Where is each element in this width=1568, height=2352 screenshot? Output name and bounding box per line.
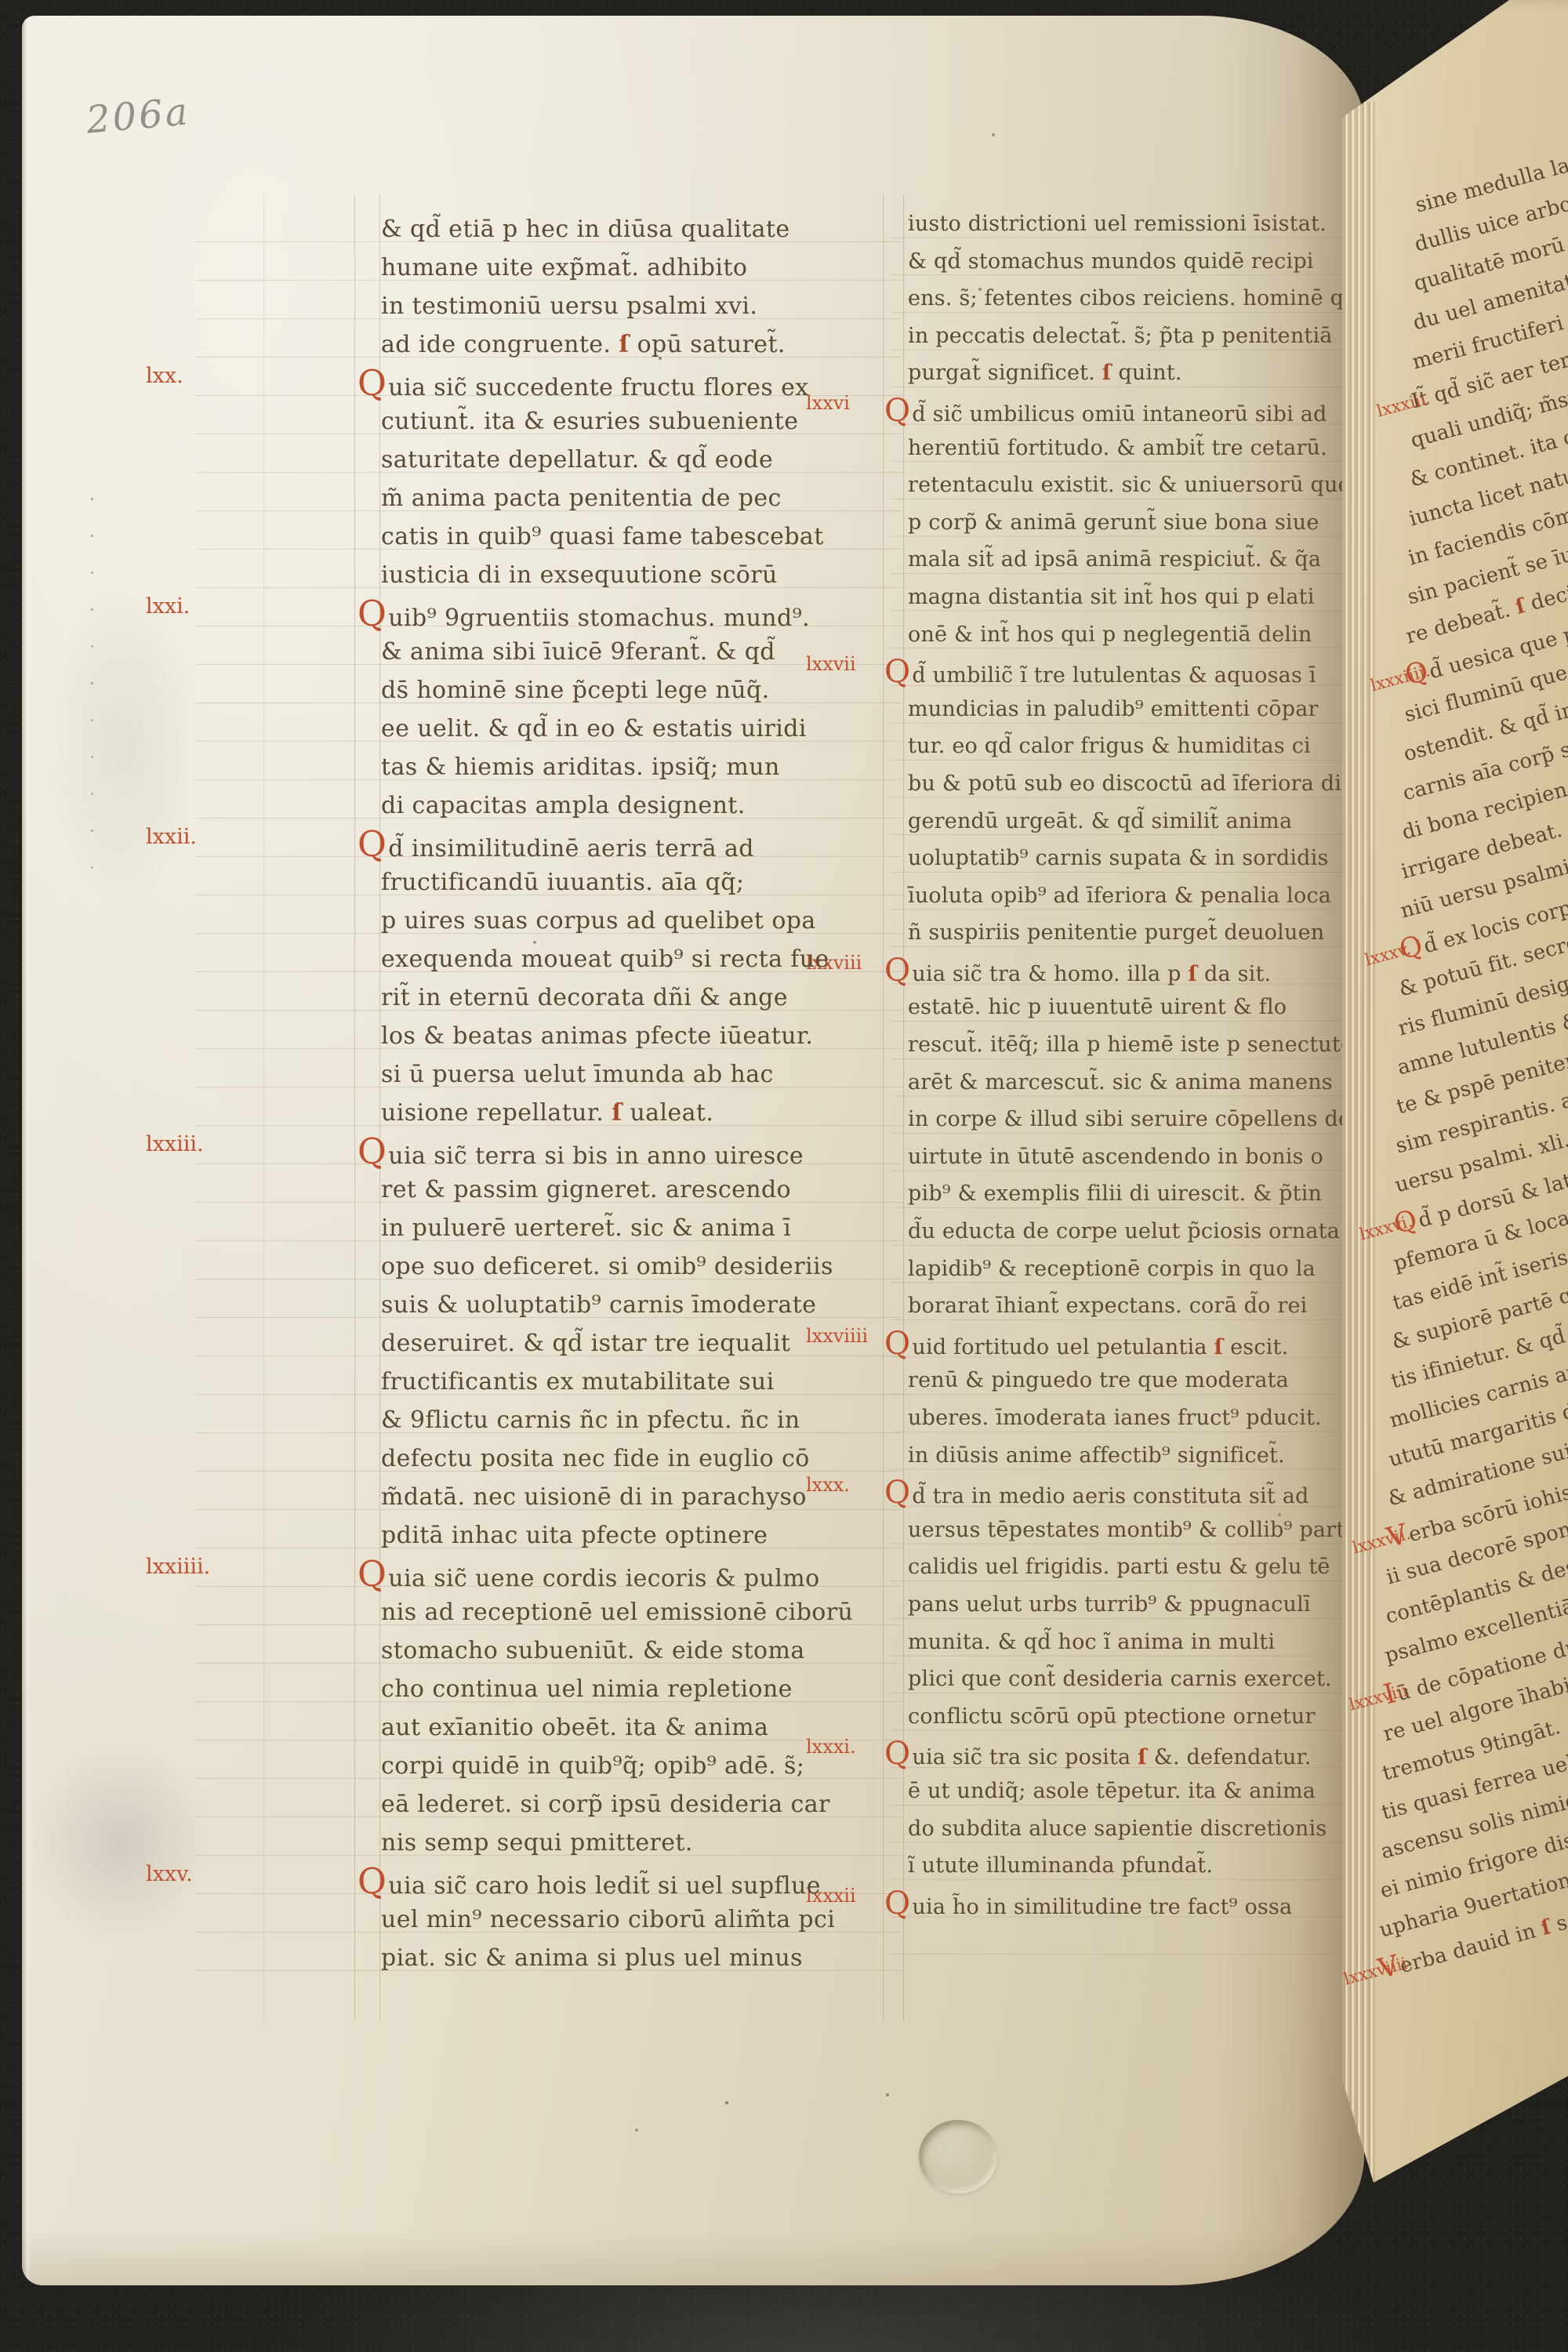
- chapter-numeral: lxxii.: [146, 825, 197, 849]
- text-line: exequenda moueat quib⁹ si recta fue: [381, 940, 889, 978]
- page-left-edge: [22, 16, 31, 2285]
- text-segment: cho continua uel nimia repletione: [381, 1675, 793, 1703]
- text-line: Quia sic̃ succedente fructu flores ex: [381, 364, 889, 402]
- text-segment: uia sic̃ caro hois ledit̃ si uel supflue: [388, 1872, 821, 1900]
- text-segment: uia sic̃ uene cordis iecoris & pulmo: [388, 1565, 819, 1592]
- text-segment: tas & hiemis ariditas. ipsiq̃; mun: [381, 753, 780, 781]
- paragraph-mark: ſ: [619, 331, 629, 358]
- text-segment: ĩ utute illuminanda pfundat̃.: [908, 1853, 1213, 1878]
- text-segment: ualeat.: [622, 1099, 714, 1127]
- margin-smudge: [45, 576, 202, 906]
- text-segment: los & beatas animas pfecte iūeatur.: [381, 1022, 813, 1050]
- manuscript-left-page: 206a lxx.lxxi.lxxii.lxxiii.lxxiiii.lxxv.…: [22, 16, 1364, 2285]
- text-line: m̃ anima pacta penitentia de pec: [381, 479, 889, 517]
- text-segment: iusticia di in exsequutione scōrū: [381, 561, 778, 589]
- paragraph-mark: ſ: [1138, 1745, 1147, 1769]
- text-line: uel min⁹ necessario ciborū alim̃ta pci: [381, 1900, 889, 1939]
- text-line: Quia sic̃ terra si bis in anno uiresce: [381, 1132, 889, 1171]
- text-line: saturitate depellatur. & qd̃ eode: [381, 441, 889, 479]
- text-segment: deseruiret. & qd̃ istar tre iequalit: [381, 1330, 790, 1357]
- text-segment: exequenda moueat quib⁹ si recta fue: [381, 946, 829, 973]
- text-segment: si ū puersa uelut īmunda ab hac: [381, 1061, 774, 1088]
- vertical-ruling: [379, 194, 380, 2021]
- text-segment: uia sic̃ tra & homo. illa p: [912, 962, 1188, 986]
- text-segment: corpi quidē in quib⁹q̃; opib⁹ adē. s̃;: [381, 1752, 804, 1780]
- rubric-initial: Q: [358, 1131, 387, 1172]
- text-segment: uid fortitudo uel petulantia: [912, 1335, 1214, 1359]
- text-line: in puluerē uerteret̃. sic & anima ī: [381, 1209, 889, 1247]
- text-segment: eā lederet. si corp̃ ipsū desideria car: [381, 1791, 830, 1818]
- text-segment: uia sic̃ terra si bis in anno uiresce: [388, 1142, 804, 1170]
- text-line: defectu posita nec fide in euglio cō: [381, 1439, 889, 1478]
- text-line: & 9flictu carnis ñc in pfectu. ñc in: [381, 1401, 889, 1439]
- text-segment: aut exīanitio obeēt. ita & anima: [381, 1714, 768, 1741]
- text-segment: pditā inhac uita pfecte optinere: [381, 1522, 768, 1549]
- chapter-numeral: lxxiiii.: [146, 1555, 210, 1579]
- text-line: pditā inhac uita pfecte optinere: [381, 1516, 889, 1555]
- text-segment: uisione repellatur.: [381, 1099, 612, 1127]
- text-segment: fructificantis ex mutabilitate sui: [381, 1368, 775, 1396]
- text-line: p uires suas corpus ad quelibet opa: [381, 902, 889, 940]
- text-segment: uib⁹ 9gruentiis stomachus. mund⁹.: [388, 604, 810, 632]
- rubric-initial: Q: [358, 1860, 387, 1902]
- text-segment: ee uelit. & qd̃ in eo & estatis uiridi: [381, 715, 807, 742]
- text-line: catis in quib⁹ quasi fame tabescebat: [381, 517, 889, 556]
- text-segment: p uires suas corpus ad quelibet opa: [381, 907, 816, 935]
- text-line: eā lederet. si corp̃ ipsū desideria car: [381, 1785, 889, 1824]
- text-line: cutiunt̃. ita & esuries subueniente: [381, 402, 889, 441]
- text-line: ee uelit. & qd̃ in eo & estatis uiridi: [381, 710, 889, 748]
- paragraph-mark: ſ: [1102, 361, 1112, 385]
- text-segment: catis in quib⁹ quasi fame tabescebat: [381, 523, 824, 550]
- paragraph-mark: ſ: [1188, 962, 1197, 986]
- text-segment: defectu posita nec fide in euglio cō: [381, 1445, 810, 1472]
- chapter-numeral: lxx.: [146, 364, 183, 388]
- text-segment: piat. sic & anima si plus uel minus: [381, 1944, 803, 1972]
- paragraph-mark: ſ: [612, 1099, 622, 1127]
- rubric-initial: Q: [884, 951, 910, 989]
- chapter-numeral: lxxv.: [146, 1862, 193, 1886]
- pricking-dots: [91, 498, 93, 500]
- fore-edge-leaf-stack: [1338, 102, 1375, 2187]
- text-line: stomacho subueniūt. & eide stoma: [381, 1632, 889, 1670]
- page-bottom-shadow: [22, 2230, 1364, 2285]
- rubric-initial: Q: [884, 391, 910, 429]
- text-line: cho continua uel nimia repletione: [381, 1670, 889, 1708]
- text-line: di capacitas ampla designent.: [381, 786, 889, 825]
- text-line: Quia sic̃ caro hois ledit̃ si uel supflu…: [381, 1862, 889, 1900]
- text-segment: cutiunt̃. ita & esuries subueniente: [381, 408, 798, 435]
- text-segment: & 9flictu carnis ñc in pfectu. ñc in: [381, 1406, 800, 1434]
- text-segment: purgat̃ significet.: [908, 361, 1102, 385]
- text-segment: m̃ anima pacta penitentia de pec: [381, 485, 782, 512]
- text-segment: quint.: [1112, 361, 1182, 385]
- text-line: corpi quidē in quib⁹q̃; opib⁹ adē. s̃;: [381, 1747, 889, 1785]
- rubric-initial: Q: [358, 1553, 387, 1595]
- text-line: nis semp sequi pmitteret.: [381, 1824, 889, 1862]
- text-line: uisione repellatur. ſ ualeat.: [381, 1094, 889, 1132]
- text-segment: nis semp sequi pmitteret.: [381, 1829, 693, 1857]
- text-line: ad ide congruente. ſ opū saturet̃.: [381, 325, 889, 364]
- text-line: los & beatas animas pfecte iūeatur.: [381, 1017, 889, 1055]
- text-segment: suis & uoluptatib⁹ carnis īmoderate: [381, 1291, 816, 1319]
- text-line: Quib⁹ 9gruentiis stomachus. mund⁹.: [381, 594, 889, 633]
- rubric-initial: Q: [884, 1324, 910, 1362]
- text-segment: & anima sibi īuicē 9ferant̃. & qd̃: [381, 638, 775, 666]
- text-segment: in puluerē uerteret̃. sic & anima ī: [381, 1214, 791, 1242]
- text-segment: di capacitas ampla designent.: [381, 792, 746, 819]
- text-segment: uia sic̃ tra sic posita: [912, 1745, 1138, 1769]
- rubric-initial: Q: [884, 1473, 910, 1511]
- text-segment: & qd̃ etiā p hec in diūsa qualitate: [381, 216, 790, 243]
- text-line: suis & uoluptatib⁹ carnis īmoderate: [381, 1286, 889, 1324]
- text-segment: ret & passim gigneret. arescendo: [381, 1176, 791, 1203]
- text-segment: d̃ insimilitudinē aeris terrā ad: [388, 835, 754, 862]
- text-segment: ope suo deficeret. si omib⁹ desideriis: [381, 1253, 833, 1280]
- manuscript-right-page-edge: sine medulla lapidū uice.dullis uice arb…: [1333, 0, 1568, 2187]
- text-line: fructificandū iuuantis. aīa qq̃;: [381, 863, 889, 902]
- text-line: deseruiret. & qd̃ istar tre iequalit: [381, 1324, 889, 1363]
- text-line: & anima sibi īuicē 9ferant̃. & qd̃: [381, 633, 889, 671]
- text-segment: saturitate depellatur. & qd̃ eode: [381, 446, 773, 474]
- text-segment: ds̄ hominē sine p̃cepti lege nūq̃.: [381, 677, 770, 704]
- rubric-initial: Q: [358, 823, 387, 865]
- text-line: Quia sic̃ uene cordis iecoris & pulmo: [381, 1555, 889, 1593]
- text-line: in testimoniū uersu psalmi xvi.: [381, 287, 889, 325]
- text-segment: fructificandū iuuantis. aīa qq̃;: [381, 869, 744, 896]
- rubric-initial: Q: [884, 1734, 910, 1772]
- vertical-ruling: [263, 194, 264, 2021]
- margin-smudge: [31, 1744, 212, 1940]
- rubric-initial: Q: [358, 362, 387, 404]
- text-segment: ad ide congruente.: [381, 331, 619, 358]
- text-line: aut exīanitio obeēt. ita & anima: [381, 1708, 889, 1747]
- text-segment: opū saturet̃.: [630, 331, 786, 358]
- text-segment: in testimoniū uersu psalmi xvi.: [381, 292, 757, 320]
- vertical-ruling: [354, 194, 355, 2021]
- parchment-hole: [919, 2120, 997, 2194]
- text-line: fructificantis ex mutabilitate sui: [381, 1363, 889, 1401]
- folio-number-pencil: 206a: [85, 89, 192, 142]
- text-column-1: & qd̃ etiā p hec in diūsa qualitatehuman…: [381, 210, 889, 1977]
- right-page-text-column: sine medulla lapidū uice.dullis uice arb…: [1374, 187, 1568, 1990]
- text-segment: m̃datā. nec uisionē di in parachyso: [381, 1483, 807, 1511]
- text-line: rit̃ in eternū decorata dñi & ange: [381, 978, 889, 1017]
- text-line: m̃datā. nec uisionē di in parachyso: [381, 1478, 889, 1516]
- text-segment: uia sic̃ succedente fructu flores ex: [388, 374, 808, 401]
- text-segment: rit̃ in eternū decorata dñi & ange: [381, 984, 788, 1011]
- text-line: humane uite exp̃mat̃. adhibito: [381, 249, 889, 287]
- text-line: & qd̃ etiā p hec in diūsa qualitate: [381, 210, 889, 249]
- rubric-initial: Q: [884, 1884, 910, 1922]
- manuscript-photo: { "colors":{"felt_background":"#21201d",…: [0, 0, 1568, 2352]
- text-line: ope suo deficeret. si omib⁹ desideriis: [381, 1247, 889, 1286]
- text-line: Qd̃ insimilitudinē aeris terrā ad: [381, 825, 889, 863]
- rubric-initial: Q: [358, 593, 387, 634]
- text-segment: stomacho subueniūt. & eide stoma: [381, 1637, 805, 1664]
- text-line: iusticia di in exsequutione scōrū: [381, 556, 889, 594]
- chapter-numeral: lxxi.: [146, 594, 190, 619]
- rubric-initial: Q: [884, 652, 910, 690]
- text-line: ds̄ hominē sine p̃cepti lege nūq̃.: [381, 671, 889, 710]
- text-segment: nis ad receptionē uel emissionē ciborū: [381, 1599, 853, 1626]
- gutter-shadow: [1215, 16, 1364, 2285]
- text-line: si ū puersa uelut īmunda ab hac: [381, 1055, 889, 1094]
- text-line: tas & hiemis ariditas. ipsiq̃; mun: [381, 748, 889, 786]
- text-line: piat. sic & anima si plus uel minus: [381, 1939, 889, 1977]
- text-line: ret & passim gigneret. arescendo: [381, 1171, 889, 1209]
- text-segment: humane uite exp̃mat̃. adhibito: [381, 254, 747, 281]
- text-segment: uel min⁹ necessario ciborū alim̃ta pci: [381, 1906, 835, 1933]
- text-line: nis ad receptionē uel emissionē ciborū: [381, 1593, 889, 1632]
- chapter-numeral: lxxiii.: [146, 1132, 204, 1156]
